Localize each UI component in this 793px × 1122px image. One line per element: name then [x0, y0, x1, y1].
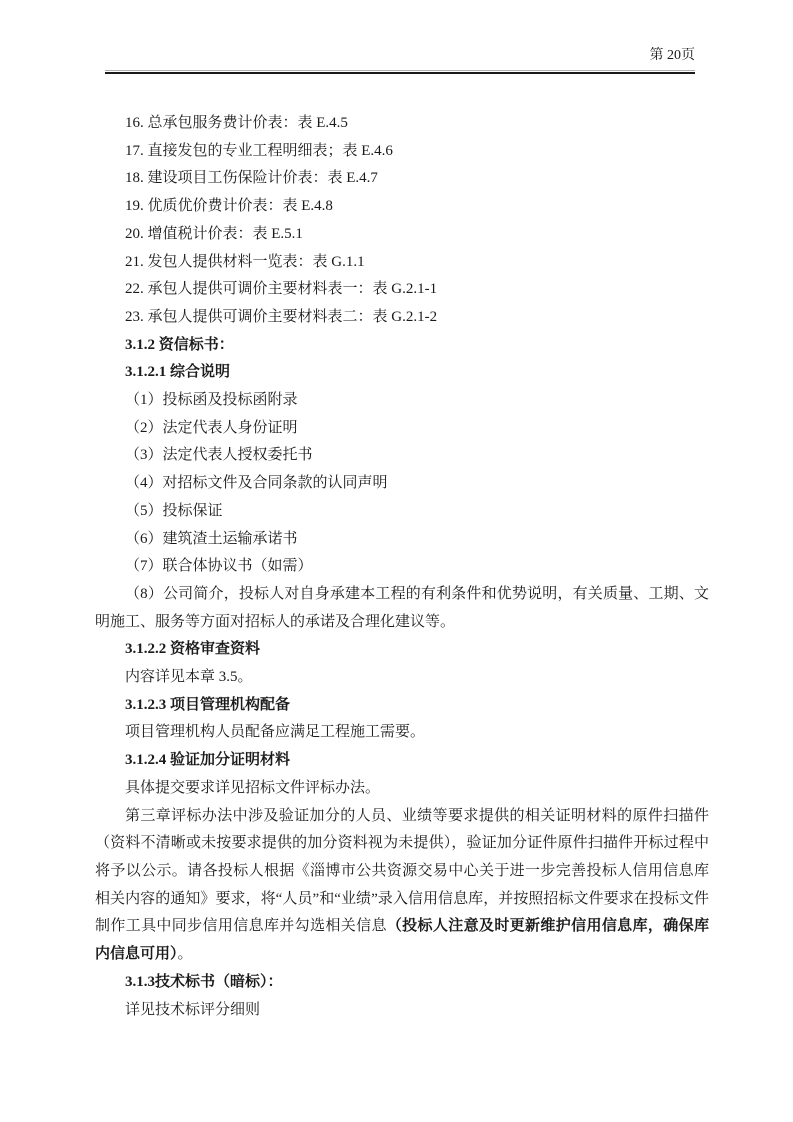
section-heading-3121: 3.1.2.1 综合说明	[95, 359, 709, 387]
paragraph-text: 。	[178, 946, 193, 962]
header-rule	[105, 70, 695, 74]
paragraph: 详见技术标评分细则	[95, 997, 709, 1025]
list-item: 19. 优质优价费计价表：表 E.4.8	[95, 193, 709, 221]
paragraph: 具体提交要求详见招标文件评标办法。	[95, 775, 709, 803]
section-heading-312: 3.1.2 资信标书：	[95, 332, 709, 360]
list-item: （4）对招标文件及合同条款的认同声明	[95, 470, 709, 498]
list-item: 22. 承包人提供可调价主要材料表一：表 G.2.1-1	[95, 276, 709, 304]
page-header: 第 20页	[0, 0, 793, 74]
list-item: 18. 建设项目工伤保险计价表：表 E.4.7	[95, 165, 709, 193]
list-item: 23. 承包人提供可调价主要材料表二：表 G.2.1-2	[95, 304, 709, 332]
list-item: （3）法定代表人授权委托书	[95, 442, 709, 470]
paragraph-credit-info: 第三章评标办法中涉及验证加分的人员、业绩等要求提供的相关证明材料的原件扫描件（资…	[95, 803, 709, 969]
list-item: 16. 总承包服务费计价表：表 E.4.5	[95, 110, 709, 138]
section-heading-3123: 3.1.2.3 项目管理机构配备	[95, 692, 709, 720]
list-item: （8）公司简介，投标人对自身承建本工程的有利条件和优势说明，有关质量、工期、文明…	[95, 581, 709, 636]
list-item: （1）投标函及投标函附录	[95, 387, 709, 415]
document-body: 16. 总承包服务费计价表：表 E.4.5 17. 直接发包的专业工程明细表；表…	[95, 110, 709, 1024]
section-heading-313: 3.1.3技术标书（暗标）：	[95, 969, 709, 997]
list-item: 20. 增值税计价表：表 E.5.1	[95, 221, 709, 249]
paragraph: 项目管理机构人员配备应满足工程施工需要。	[95, 719, 709, 747]
list-item: 21. 发包人提供材料一览表：表 G.1.1	[95, 249, 709, 277]
document-page: 第 20页 16. 总承包服务费计价表：表 E.4.5 17. 直接发包的专业工…	[0, 0, 793, 1122]
section-heading-3124: 3.1.2.4 验证加分证明材料	[95, 747, 709, 775]
page-number: 第 20页	[0, 46, 793, 66]
list-item: （7）联合体协议书（如需）	[95, 553, 709, 581]
list-item: 17. 直接发包的专业工程明细表；表 E.4.6	[95, 138, 709, 166]
paragraph: 内容详见本章 3.5。	[95, 664, 709, 692]
section-heading-3122: 3.1.2.2 资格审查资料	[95, 636, 709, 664]
paragraph-text: 第三章评标办法中涉及验证加分的人员、业绩等要求提供的相关证明材料的原件扫描件（资…	[95, 808, 709, 935]
list-item: （5）投标保证	[95, 498, 709, 526]
list-item: （6）建筑渣土运输承诺书	[95, 526, 709, 554]
list-item: （2）法定代表人身份证明	[95, 415, 709, 443]
